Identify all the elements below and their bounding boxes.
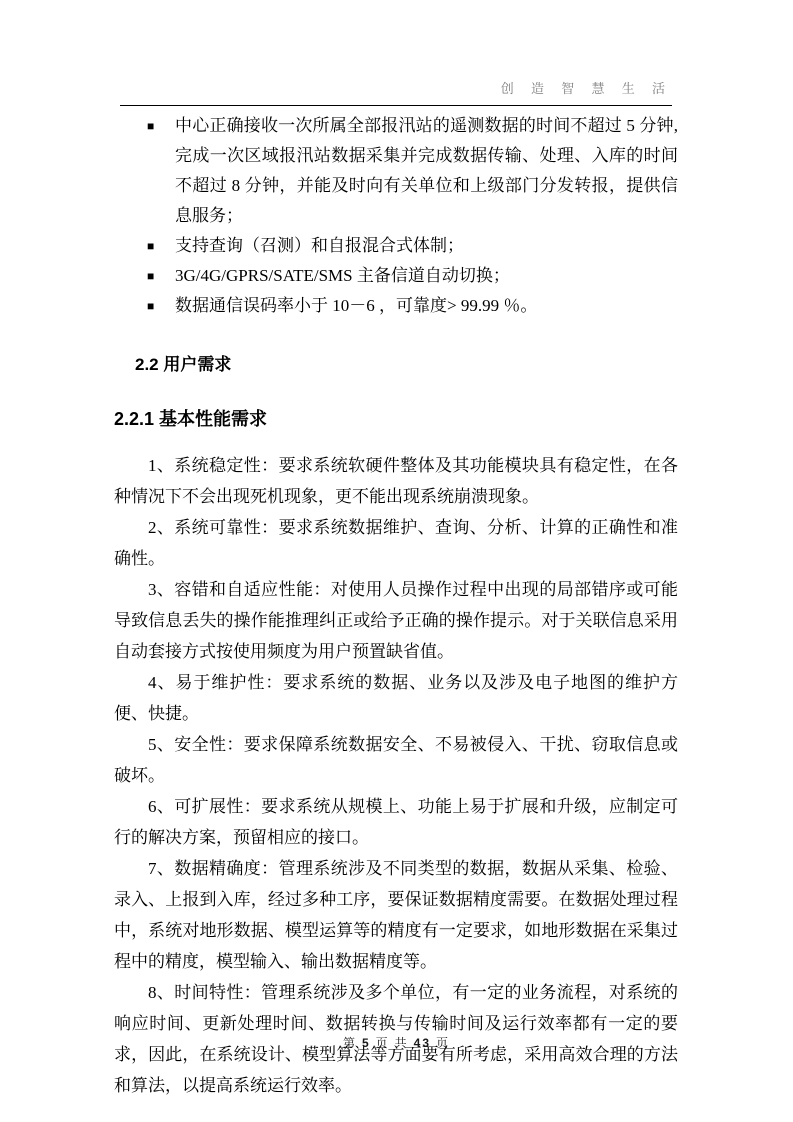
square-bullet-icon: ■ [147,111,154,141]
bullet-item: ■ 3G/4G/GPRS/SATE/SMS 主备信道自动切换； [114,261,678,291]
footer-label-middle: 页 共 [376,1036,409,1050]
header-slogan: 创 造 智 慧 生 活 [501,81,672,96]
paragraph: 3、容错和自适应性能：对使用人员操作过程中出现的局部错序或可能导致信息丢失的操作… [114,574,678,667]
paragraph: 6、可扩展性：要求系统从规模上、功能上易于扩展和升级，应制定可行的解决方案，预留… [114,791,678,853]
footer-page-number: 5 [362,1036,371,1050]
bullet-text: 支持查询（召测）和自报混合式体制； [175,236,464,255]
square-bullet-icon: ■ [147,261,154,291]
bullet-item: ■ 数据通信误码率小于 10－6 ，可靠度> 99.99 ％。 [114,291,678,321]
document-page: 创 造 智 慧 生 活 ■ 中心正确接收一次所属全部报汛站的遥测数据的时间不超过… [0,0,793,1122]
bullet-list: ■ 中心正确接收一次所属全部报汛站的遥测数据的时间不超过 5 分钟, 完成一次区… [114,111,678,321]
bullet-item: ■ 支持查询（召测）和自报混合式体制； [114,231,678,261]
paragraph: 5、安全性：要求保障系统数据安全、不易被侵入、干扰、窃取信息或破坏。 [114,729,678,791]
paragraph: 4、易于维护性：要求系统的数据、业务以及涉及电子地图的维护方便、快捷。 [114,667,678,729]
page-content: ■ 中心正确接收一次所属全部报汛站的遥测数据的时间不超过 5 分钟, 完成一次区… [114,111,678,1101]
footer-total-pages: 43 [414,1036,431,1050]
footer-label-suffix: 页 [436,1036,450,1050]
bullet-item: ■ 中心正确接收一次所属全部报汛站的遥测数据的时间不超过 5 分钟, 完成一次区… [114,111,678,231]
page-header: 创 造 智 慧 生 活 [120,78,672,106]
footer-label-prefix: 第 [343,1036,357,1050]
page-footer: 第 5 页 共 43 页 [0,1034,793,1051]
square-bullet-icon: ■ [147,291,154,321]
subsection-heading-basic-performance: 2.2.1 基本性能需求 [114,407,678,431]
bullet-text: 数据通信误码率小于 10－6 ，可靠度> 99.99 ％。 [175,296,537,315]
section-heading-user-requirements: 2.2 用户需求 [135,354,678,376]
paragraph: 7、数据精确度：管理系统涉及不同类型的数据，数据从采集、检验、录入、上报到入库，… [114,853,678,977]
bullet-text: 3G/4G/GPRS/SATE/SMS 主备信道自动切换； [175,266,510,285]
paragraph: 2、系统可靠性：要求系统数据维护、查询、分析、计算的正确性和准确性。 [114,512,678,574]
paragraph-block: 1、系统稳定性：要求系统软硬件整体及其功能模块具有稳定性，在各种情况下不会出现死… [114,450,678,1101]
square-bullet-icon: ■ [147,231,154,261]
bullet-text: 中心正确接收一次所属全部报汛站的遥测数据的时间不超过 5 分钟, 完成一次区域报… [175,116,678,225]
paragraph: 1、系统稳定性：要求系统软硬件整体及其功能模块具有稳定性，在各种情况下不会出现死… [114,450,678,512]
